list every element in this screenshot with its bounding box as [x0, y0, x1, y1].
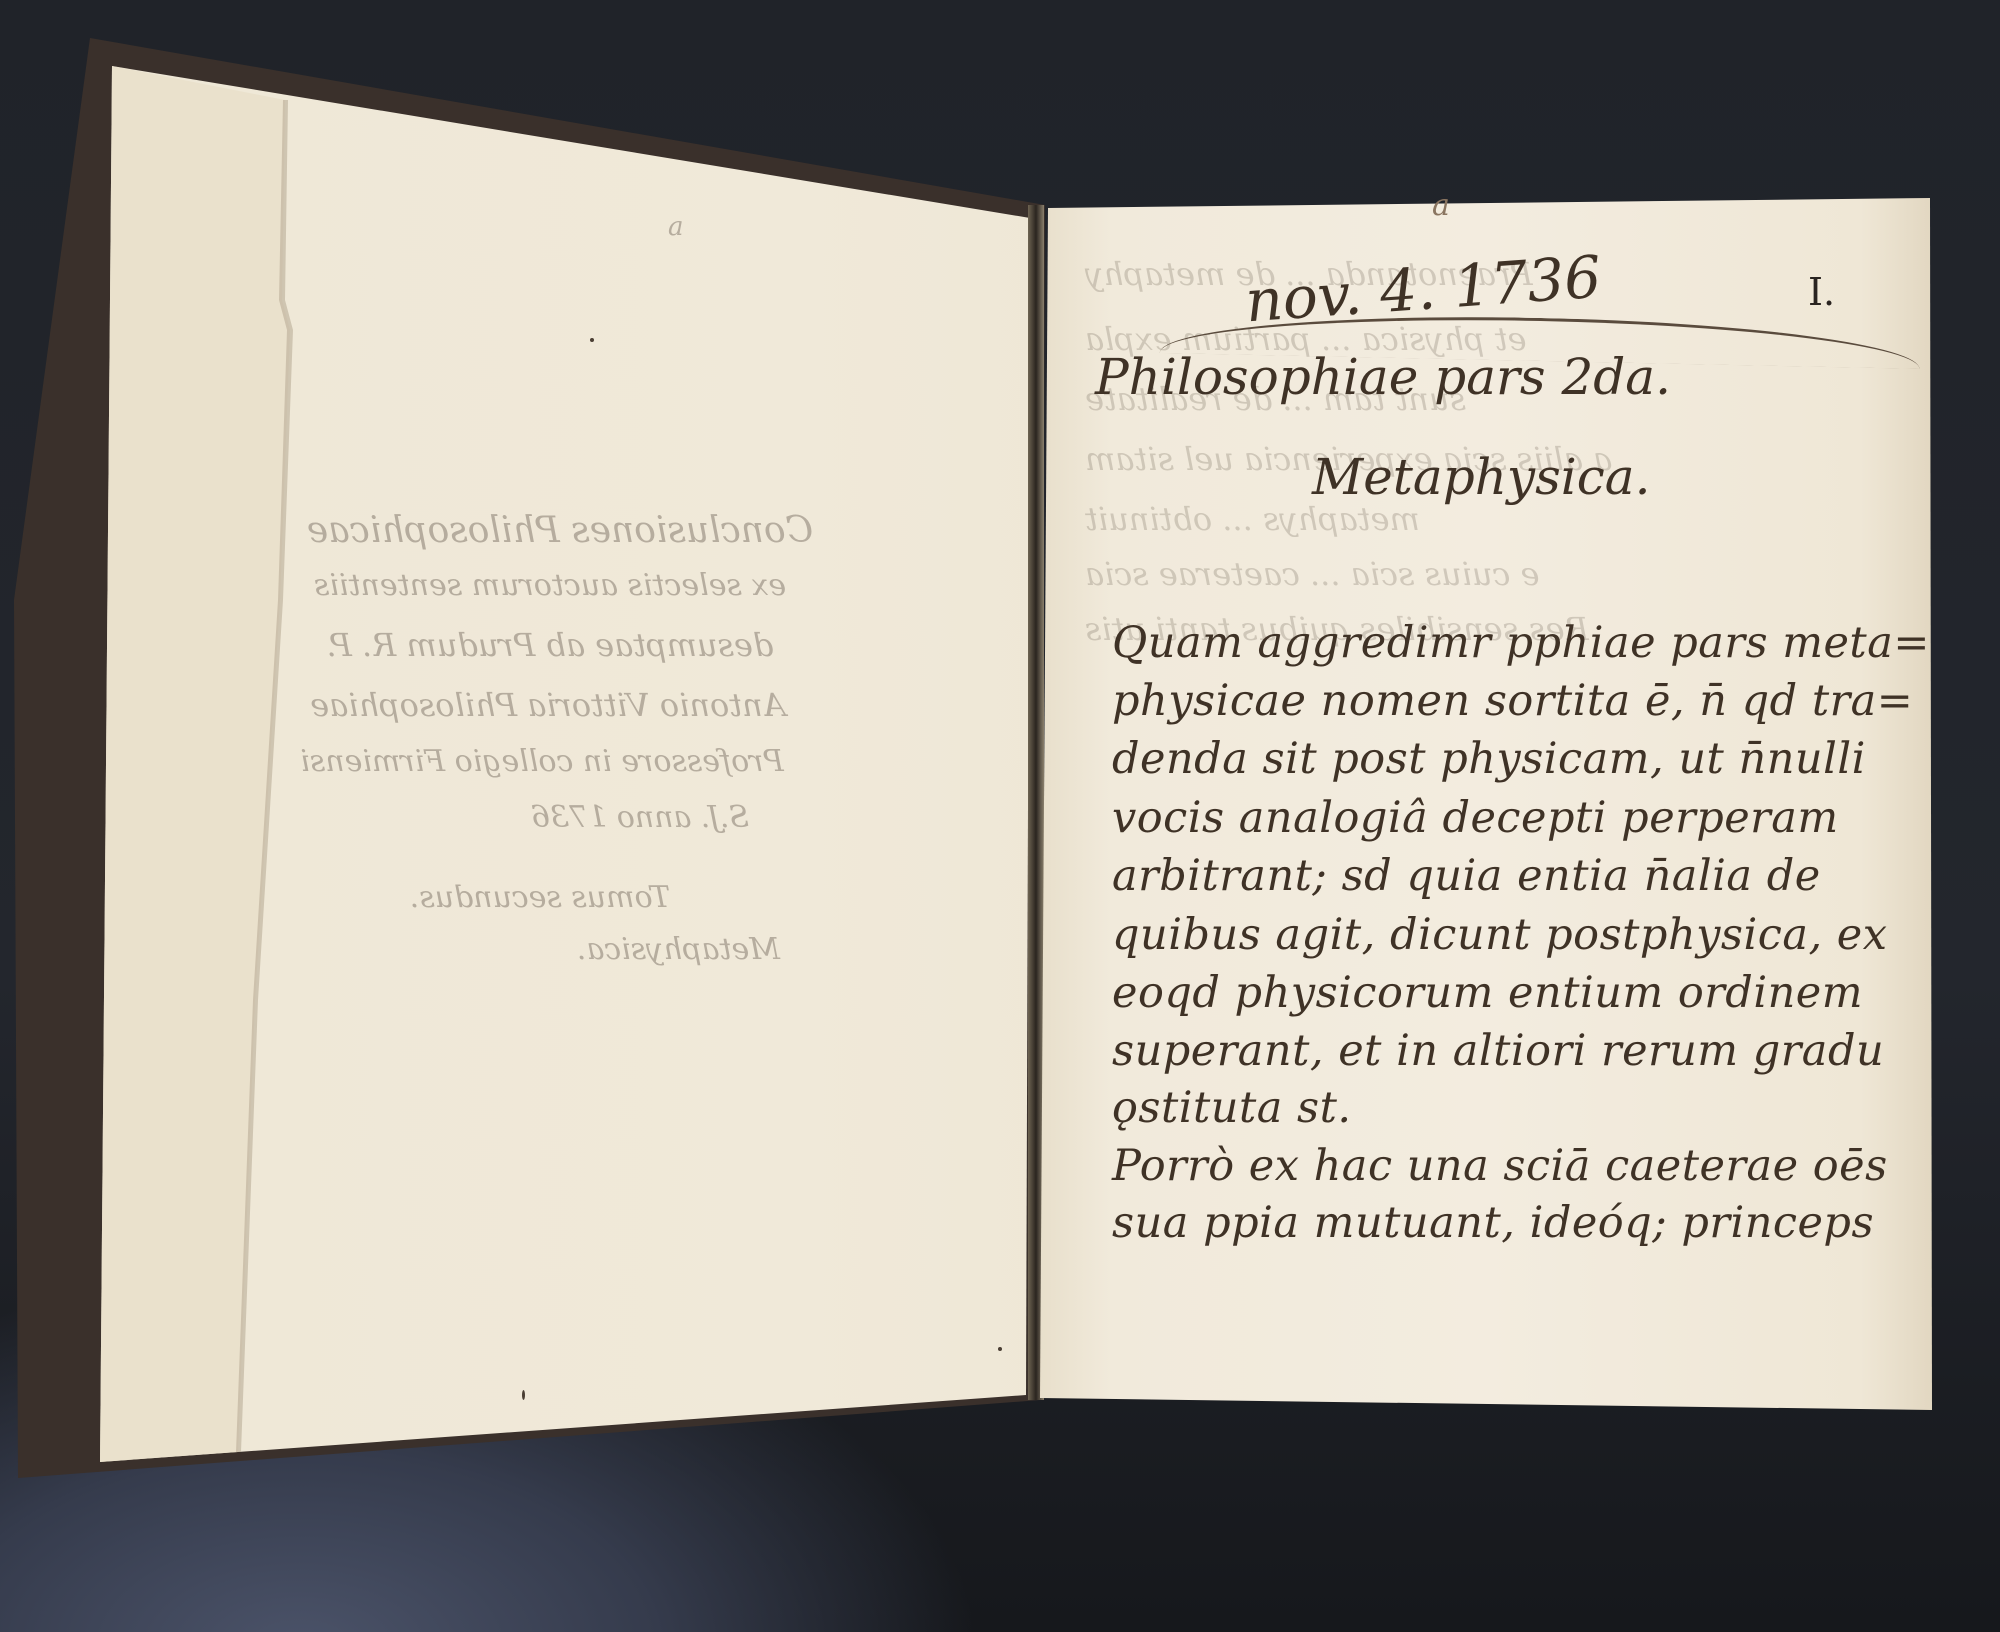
ink-speck [590, 338, 594, 342]
body-line: physicae nomen sortita ē, n̄ qd tra= [1112, 676, 1913, 726]
page-title: Philosophiae pars 2da. [1095, 348, 1671, 406]
offset-footer-line: Metaphysica. [580, 932, 780, 967]
offset-line: ex selectis auctorum sententiis [290, 568, 810, 603]
body-line: Quam aggredimr pphiae pars meta= [1112, 618, 1930, 668]
page-subtitle: Metaphysica. [1312, 448, 1651, 506]
offset-line: desumptae ab Prudum R. P. [280, 626, 820, 664]
offset-line: S.J. anno 1736 [480, 800, 800, 835]
body-line: arbitrant; sd quia entia n̄alia de [1112, 851, 1821, 901]
body-line: Porrò ex hac una sciā caeterae oēs [1112, 1141, 1888, 1191]
ink-speck [522, 1390, 525, 1400]
body-line: superant, et in altiori rerum gradu [1112, 1026, 1884, 1076]
body-line: sua ppia mutuant, ideóq; princeps [1112, 1198, 1874, 1248]
ink-speck [998, 1347, 1002, 1351]
bleed-line: e cuius scia ... caeterae scia [1085, 555, 1539, 593]
corner-mark: a [1432, 188, 1450, 223]
folio-number: I. [1808, 270, 1835, 314]
body-line: eoqd physicorum entium ordinem [1112, 968, 1863, 1018]
left-page-mark: a [668, 212, 684, 242]
offset-line: Conclusiones Philosophicae [300, 510, 820, 551]
offset-line: Professore in collegio Firmiensi [262, 744, 822, 779]
body-line: ǫstituta st. [1112, 1083, 1352, 1133]
body-line: denda sit post physicam, ut n̄nulli [1112, 734, 1866, 784]
body-line: vocis analogiâ decepti perperam [1112, 793, 1839, 843]
offset-line: Antonio Vittoria Philosophiae [268, 686, 828, 724]
body-line: quibus agit, dicunt postphysica, ex [1112, 910, 1888, 960]
offset-footer-line: Tomus secundus. [380, 880, 700, 915]
